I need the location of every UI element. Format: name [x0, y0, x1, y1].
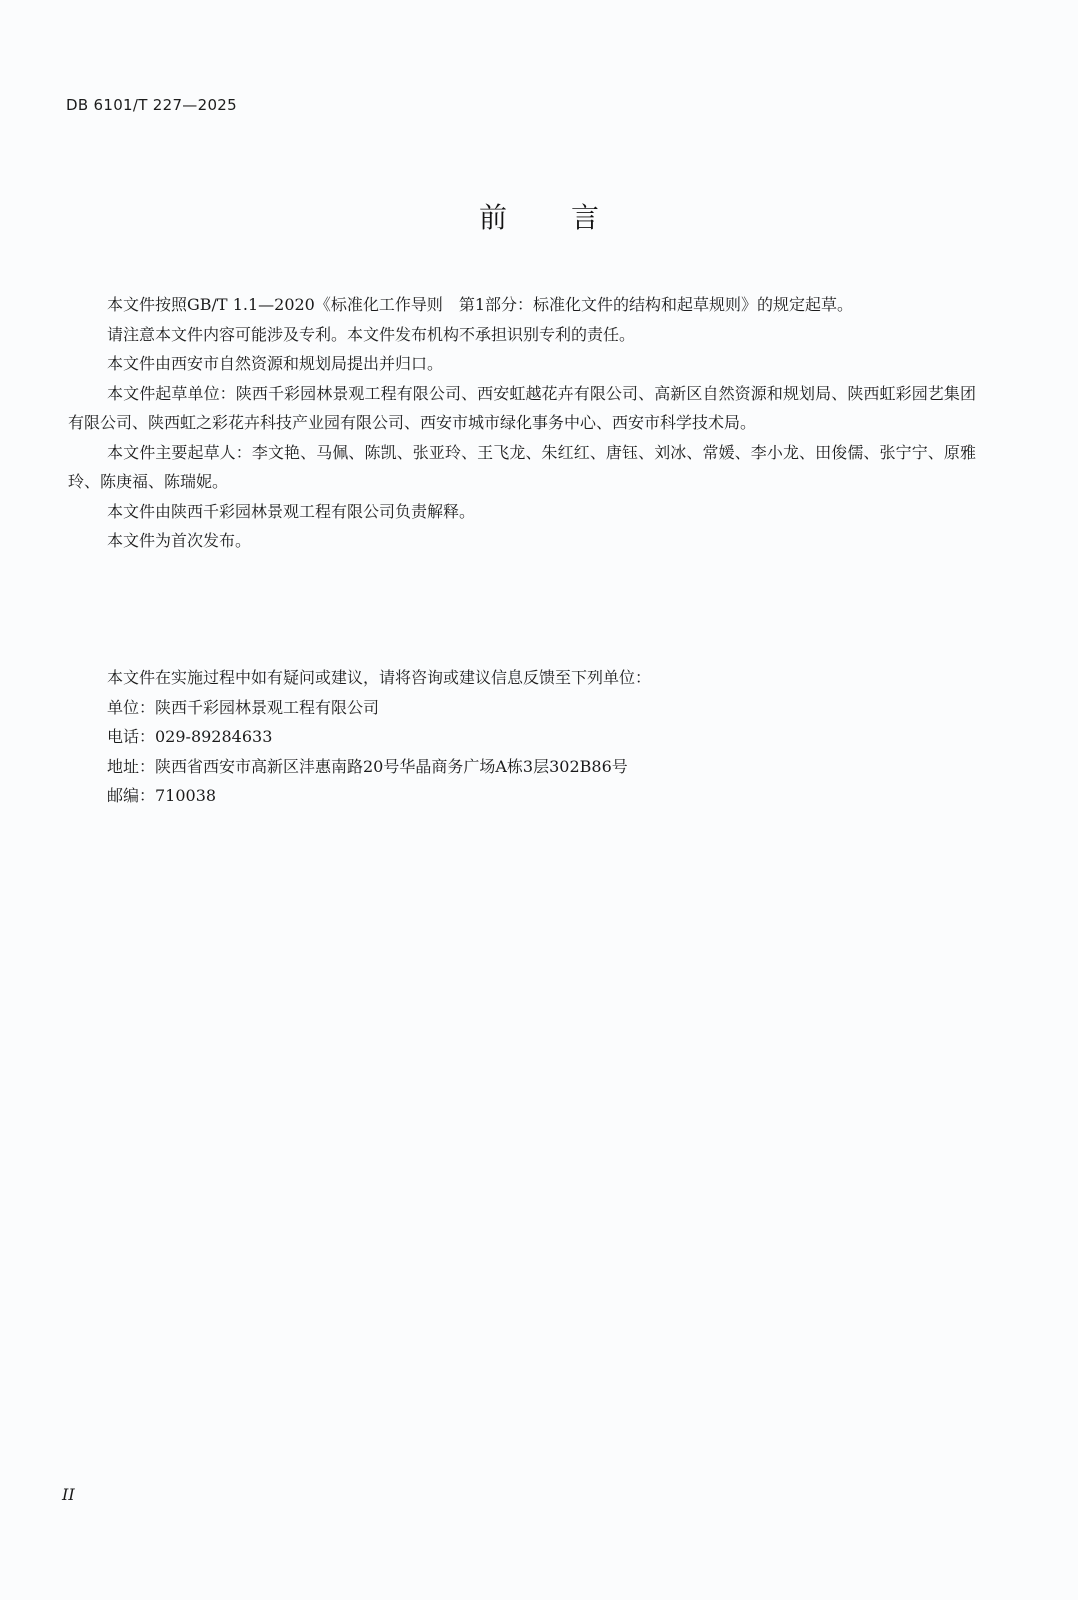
page-title: 前言: [0, 196, 1078, 236]
paragraph-first-release: 本文件为首次发布。: [68, 526, 976, 556]
title-char-2: 言: [571, 196, 599, 236]
contact-postcode: 邮编：710038: [107, 781, 651, 811]
paragraph-drafters: 本文件主要起草人：李文艳、马佩、陈凯、张亚玲、王飞龙、朱红红、唐钰、刘冰、常媛、…: [68, 438, 976, 497]
paragraph-drafting-units: 本文件起草单位：陕西千彩园林景观工程有限公司、西安虹越花卉有限公司、高新区自然资…: [68, 379, 976, 438]
paragraph-drafting-rules: 本文件按照GB/T 1.1—2020《标准化工作导则 第1部分：标准化文件的结构…: [68, 290, 976, 320]
contact-address: 地址：陕西省西安市高新区沣惠南路20号华晶商务广场A栋3层302B86号: [107, 752, 651, 782]
foreword-body: 本文件按照GB/T 1.1—2020《标准化工作导则 第1部分：标准化文件的结构…: [68, 290, 976, 556]
document-id: DB 6101/T 227—2025: [66, 96, 237, 114]
paragraph-patent-notice: 请注意本文件内容可能涉及专利。本文件发布机构不承担识别专利的责任。: [68, 320, 976, 350]
paragraph-interpretation: 本文件由陕西千彩园林景观工程有限公司负责解释。: [68, 497, 976, 527]
paragraph-proposer: 本文件由西安市自然资源和规划局提出并归口。: [68, 349, 976, 379]
contact-unit: 单位：陕西千彩园林景观工程有限公司: [107, 693, 651, 723]
contact-phone: 电话：029-89284633: [107, 722, 651, 752]
contact-block: 本文件在实施过程中如有疑问或建议，请将咨询或建议信息反馈至下列单位： 单位：陕西…: [107, 663, 651, 811]
contact-intro: 本文件在实施过程中如有疑问或建议，请将咨询或建议信息反馈至下列单位：: [107, 663, 651, 693]
page-number: II: [62, 1485, 75, 1504]
title-char-1: 前: [479, 196, 507, 236]
